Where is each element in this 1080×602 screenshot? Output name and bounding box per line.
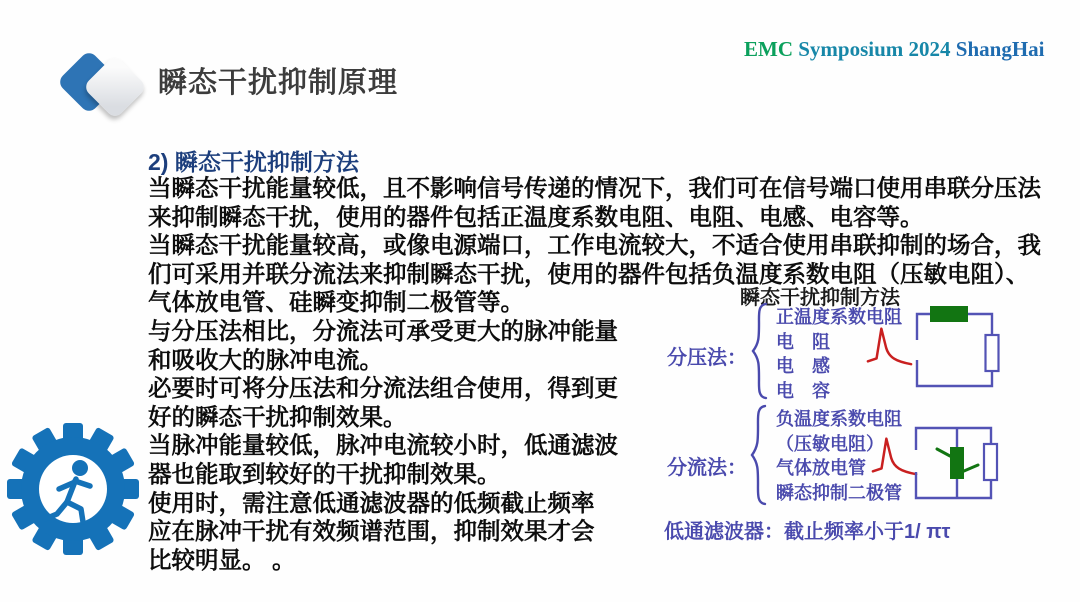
body-line: 们可采用并联分流法来抑制瞬态干扰，使用的器件包括负温度系数电阻（压敏电阻）、: [148, 260, 1048, 289]
curly-brace-icon: [747, 404, 769, 506]
conference-middle: Symposium 2024: [793, 37, 956, 61]
component-item: 电 容: [776, 379, 902, 404]
ptc-resistor-symbol: [930, 306, 968, 322]
conference-city: ShangHai: [956, 37, 1045, 61]
conference-banner: EMC Symposium 2024 ShangHai: [744, 37, 1045, 62]
voltage-divider-label: 分压法：: [667, 341, 747, 370]
curly-brace-icon: [748, 302, 770, 400]
component-item: 瞬态抑制二极管: [776, 481, 902, 506]
lowpass-filter-note: 低通滤波器：截止频率小于1/ πτ: [664, 515, 950, 544]
load-resistor-symbol: [984, 444, 997, 480]
gear-runner-logo-icon: [6, 423, 142, 559]
load-resistor-symbol: [986, 335, 999, 371]
body-line: 来抑制瞬态干扰，使用的器件包括正温度系数电阻、电阻、电感、电容等。: [148, 203, 1048, 232]
body-line: 当瞬态干扰能量较高，或像电源端口，工作电流较大，不适合使用串联抑制的场合，我: [148, 231, 1048, 260]
runner-head: [72, 460, 88, 476]
body-line: 当瞬态干扰能量较低，且不影响信号传递的情况下，我们可在信号端口使用串联分压法: [148, 174, 1048, 203]
conference-emc: EMC: [744, 37, 793, 61]
body-line: 比较明显。 。: [148, 546, 1048, 575]
transient-pulse-icon: [866, 321, 914, 369]
title-diamond-logo: [58, 48, 153, 118]
shunt-label: 分流法：: [667, 451, 747, 480]
component-item: 负温度系数电阻: [776, 407, 902, 432]
page-title: 瞬态干扰抑制原理: [158, 60, 398, 101]
slide: 瞬态干扰抑制原理 EMC Symposium 2024 ShangHai 2) …: [0, 0, 1080, 602]
section-heading: 2) 瞬态干扰抑制方法: [148, 144, 359, 177]
shunt-circuit-diagram: [912, 423, 1004, 503]
voltage-divider-circuit-diagram: [912, 302, 1004, 392]
varistor-symbol: [950, 447, 964, 479]
